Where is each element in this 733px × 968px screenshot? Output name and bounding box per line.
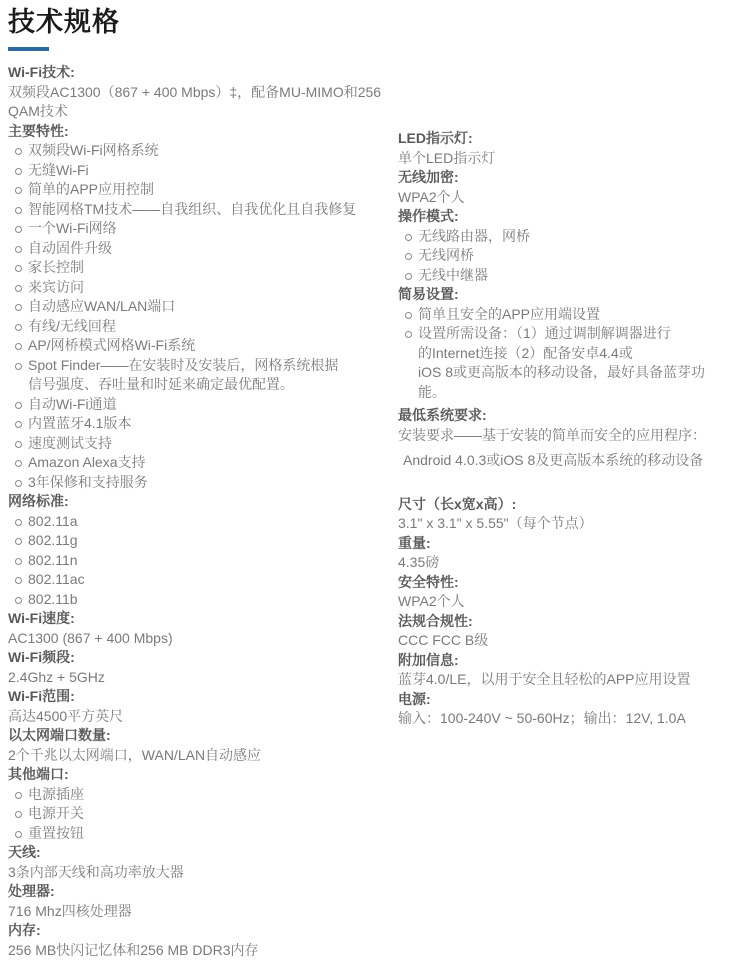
bullet-item-line: 802.11g [28, 531, 398, 551]
spec-value: 输入：100-240V ~ 50-60Hz；输出：12V, 1.0A [398, 709, 727, 729]
bullet-item-line: 无线路由器，网桥 [418, 227, 727, 247]
spec-value-line: 安装要求——基于安装的简单而安全的应用程序： [398, 426, 727, 446]
spec-section-label: 最低系统要求: [398, 406, 727, 426]
bullet-item-line: 自动Wi-Fi通道 [28, 395, 398, 415]
bullet-item: 智能网格TM技术——自我组织、自我优化且自我修复 [8, 200, 398, 220]
spec-section-label: 内存: [8, 921, 398, 941]
bullet-item: 3年保修和支持服务 [8, 473, 398, 493]
spec-value: AC1300 (867 + 400 Mbps) [8, 629, 398, 649]
title-underline-accent [8, 47, 49, 51]
bullet-item: 来宾访问 [8, 278, 398, 298]
bullet-list: 无线路由器，网桥无线网桥无线中继器 [398, 227, 727, 286]
spec-value: 高达4500平方英尺 [8, 707, 398, 727]
bullet-item: 速度测试支持 [8, 434, 398, 454]
bullet-item: 802.11g [8, 531, 398, 551]
bullet-item-line: 简单且安全的APP应用端设置 [418, 305, 727, 325]
bullet-item: 一个Wi-Fi网络 [8, 219, 398, 239]
spec-value-line: 4.35磅 [398, 553, 727, 573]
spec-value-line: AC1300 (867 + 400 Mbps) [8, 629, 398, 649]
bullet-item-line: 自动固件升级 [28, 239, 398, 259]
bullet-item-line: 家长控制 [28, 258, 398, 278]
bullet-item: 家长控制 [8, 258, 398, 278]
bullet-item: AP/网桥模式网格Wi-Fi系统 [8, 336, 398, 356]
spec-section-label: Wi-Fi范围: [8, 687, 398, 707]
spec-value: 安装要求——基于安装的简单而安全的应用程序： [398, 426, 727, 446]
spec-section-label: 以太网端口数量: [8, 726, 398, 746]
spec-value: 蓝芽4.0/LE，以用于安全且轻松的APP应用设置 [398, 670, 727, 690]
bullet-item: 802.11n [8, 551, 398, 571]
spec-section-label: Wi-Fi技术: [8, 63, 398, 83]
spec-section-label: 主要特性: [8, 122, 398, 142]
spec-section-label: Wi-Fi速度: [8, 609, 398, 629]
page-title: 技术规格 [8, 6, 727, 38]
spec-value-line: 高达4500平方英尺 [8, 707, 398, 727]
bullet-item: 电源插座 [8, 785, 398, 805]
bullet-list: 自动Wi-Fi通道内置蓝牙4.1版本速度测试支持Amazon Alexa支持3年… [8, 395, 398, 493]
bullet-list: 简单且安全的APP应用端设置设置所需设备：（1）通过调制解调器进行的Intern… [398, 305, 727, 403]
spec-section-label: 尺寸（长x宽x高）: [398, 495, 727, 515]
bullet-item: 无线路由器，网桥 [398, 227, 727, 247]
bullet-item: 双频段Wi-Fi网格系统 [8, 141, 398, 161]
spec-section-label: Wi-Fi频段: [8, 648, 398, 668]
spec-section-label: 重量: [398, 534, 727, 554]
spec-value-line: Android 4.0.3或iOS 8及更高版本系统的移动设备 [403, 451, 727, 471]
spec-section-label: 安全特性: [398, 573, 727, 593]
bullet-item-line: 的Internet连接（2）配备安卓4.4或 [418, 344, 727, 364]
spec-columns: Wi-Fi技术:双频段AC1300（867 + 400 Mbps）‡，配备MU-… [8, 63, 727, 960]
spec-value: WPA2个人 [398, 592, 727, 612]
bullet-item-line: 内置蓝牙4.1版本 [28, 414, 398, 434]
spec-value-line: 3条内部天线和高功率放大器 [8, 863, 398, 883]
bullet-item-line: 设置所需设备：（1）通过调制解调器进行 [418, 324, 727, 344]
bullet-item: 内置蓝牙4.1版本 [8, 414, 398, 434]
spec-section-label: LED指示灯: [398, 129, 727, 149]
bullet-item: 自动Wi-Fi通道 [8, 395, 398, 415]
spec-value: 3.1" x 3.1" x 5.55"（每个节点） [398, 514, 727, 534]
spec-section-label: 其他端口: [8, 765, 398, 785]
spec-value-line: 输入：100-240V ~ 50-60Hz；输出：12V, 1.0A [398, 709, 727, 729]
bullet-item: Spot Finder——在安装时及安装后，网格系统根据信号强度、吞吐量和时延来… [8, 356, 398, 395]
spec-value: 4.35磅 [398, 553, 727, 573]
bullet-item: 自动固件升级 [8, 239, 398, 259]
bullet-item: 简单且安全的APP应用端设置 [398, 305, 727, 325]
spec-page: 技术规格 Wi-Fi技术:双频段AC1300（867 + 400 Mbps）‡，… [0, 0, 733, 960]
spec-value-line: 双频段AC1300（867 + 400 Mbps）‡，配备MU-MIMO和256… [8, 83, 398, 122]
bullet-item-line: 来宾访问 [28, 278, 398, 298]
bullet-item: 无缝Wi-Fi [8, 161, 398, 181]
bullet-item: 802.11b [8, 590, 398, 610]
spec-value: 256 MB快闪记忆体和256 MB DDR3内存 [8, 941, 398, 961]
spec-value-line: WPA2个人 [398, 592, 727, 612]
bullet-item-line: 简单的APP应用控制 [28, 180, 398, 200]
spec-section-label: 法规合规性: [398, 612, 727, 632]
spec-section-label: 附加信息: [398, 651, 727, 671]
right-column: LED指示灯:单个LED指示灯无线加密:WPA2个人操作模式:无线路由器，网桥无… [398, 63, 727, 729]
bullet-item-line: 3年保修和支持服务 [28, 473, 398, 493]
bullet-item: 802.11a [8, 512, 398, 532]
bullet-item-line: iOS 8或更高版本的移动设备，最好具备蓝芽功能。 [418, 363, 727, 402]
bullet-list: 双频段Wi-Fi网格系统无缝Wi-Fi简单的APP应用控制智能网格TM技术——自… [8, 141, 398, 395]
bullet-item-line: 无缝Wi-Fi [28, 161, 398, 181]
bullet-item: 设置所需设备：（1）通过调制解调器进行的Internet连接（2）配备安卓4.4… [398, 324, 727, 402]
bullet-item-line: 双频段Wi-Fi网格系统 [28, 141, 398, 161]
bullet-item-line: AP/网桥模式网格Wi-Fi系统 [28, 336, 398, 356]
bullet-item: 自动感应WAN/LAN端口 [8, 297, 398, 317]
left-column: Wi-Fi技术:双频段AC1300（867 + 400 Mbps）‡，配备MU-… [8, 63, 398, 960]
spec-value: Android 4.0.3或iOS 8及更高版本系统的移动设备 [398, 451, 727, 471]
bullet-item: 无线网桥 [398, 246, 727, 266]
spec-value: 2个千兆以太网端口，WAN/LAN自动感应 [8, 746, 398, 766]
spec-section-label: 无线加密: [398, 168, 727, 188]
spec-value-line: 2个千兆以太网端口，WAN/LAN自动感应 [8, 746, 398, 766]
bullet-item-line: 一个Wi-Fi网络 [28, 219, 398, 239]
bullet-item: 无线中继器 [398, 266, 727, 286]
spec-value: CCC FCC B级 [398, 631, 727, 651]
bullet-list: 802.11a802.11g802.11n802.11ac802.11b [8, 512, 398, 610]
spec-value: 716 Mhz四核处理器 [8, 902, 398, 922]
bullet-item-line: 无线中继器 [418, 266, 727, 286]
bullet-item-line: 802.11ac [28, 570, 398, 590]
bullet-item-line: 信号强度、吞吐量和时延来确定最优配置。 [28, 375, 398, 395]
bullet-item-line: 无线网桥 [418, 246, 727, 266]
spec-value: WPA2个人 [398, 188, 727, 208]
bullet-item-line: 802.11n [28, 551, 398, 571]
bullet-item-line: 电源插座 [28, 785, 398, 805]
bullet-item-line: Amazon Alexa支持 [28, 453, 398, 473]
spec-value: 3条内部天线和高功率放大器 [8, 863, 398, 883]
spec-value-line: 单个LED指示灯 [398, 149, 727, 169]
spec-value-line: 3.1" x 3.1" x 5.55"（每个节点） [398, 514, 727, 534]
bullet-item-line: 802.11b [28, 590, 398, 610]
spec-value-line: CCC FCC B级 [398, 631, 727, 651]
bullet-item: 简单的APP应用控制 [8, 180, 398, 200]
bullet-item: 802.11ac [8, 570, 398, 590]
bullet-item-line: 智能网格TM技术——自我组织、自我优化且自我修复 [28, 200, 398, 220]
bullet-item-line: Spot Finder——在安装时及安装后，网格系统根据 [28, 356, 398, 376]
spec-value-line: WPA2个人 [398, 188, 727, 208]
bullet-item: 重置按钮 [8, 824, 398, 844]
spec-section-label: 操作模式: [398, 207, 727, 227]
spec-value: 2.4Ghz + 5GHz [8, 668, 398, 688]
spec-section-label: 简易设置: [398, 285, 727, 305]
bullet-item-line: 电源开关 [28, 804, 398, 824]
bullet-item: 电源开关 [8, 804, 398, 824]
bullet-item: 有线/无线回程 [8, 317, 398, 337]
bullet-item-line: 速度测试支持 [28, 434, 398, 454]
spec-value-line: 蓝芽4.0/LE，以用于安全且轻松的APP应用设置 [398, 670, 727, 690]
bullet-item-line: 有线/无线回程 [28, 317, 398, 337]
spec-section-label: 天线: [8, 843, 398, 863]
bullet-list: 电源插座电源开关重置按钮 [8, 785, 398, 844]
bullet-item-line: 802.11a [28, 512, 398, 532]
spec-section-label: 电源: [398, 690, 727, 710]
spec-value-line: 716 Mhz四核处理器 [8, 902, 398, 922]
spec-value: 双频段AC1300（867 + 400 Mbps）‡，配备MU-MIMO和256… [8, 83, 398, 122]
spec-value: 单个LED指示灯 [398, 149, 727, 169]
bullet-item-line: 自动感应WAN/LAN端口 [28, 297, 398, 317]
spec-value-line: 2.4Ghz + 5GHz [8, 668, 398, 688]
bullet-item: Amazon Alexa支持 [8, 453, 398, 473]
spec-section-label: 网络标准: [8, 492, 398, 512]
bullet-item-line: 重置按钮 [28, 824, 398, 844]
spec-section-label: 处理器: [8, 882, 398, 902]
spec-value-line: 256 MB快闪记忆体和256 MB DDR3内存 [8, 941, 398, 961]
